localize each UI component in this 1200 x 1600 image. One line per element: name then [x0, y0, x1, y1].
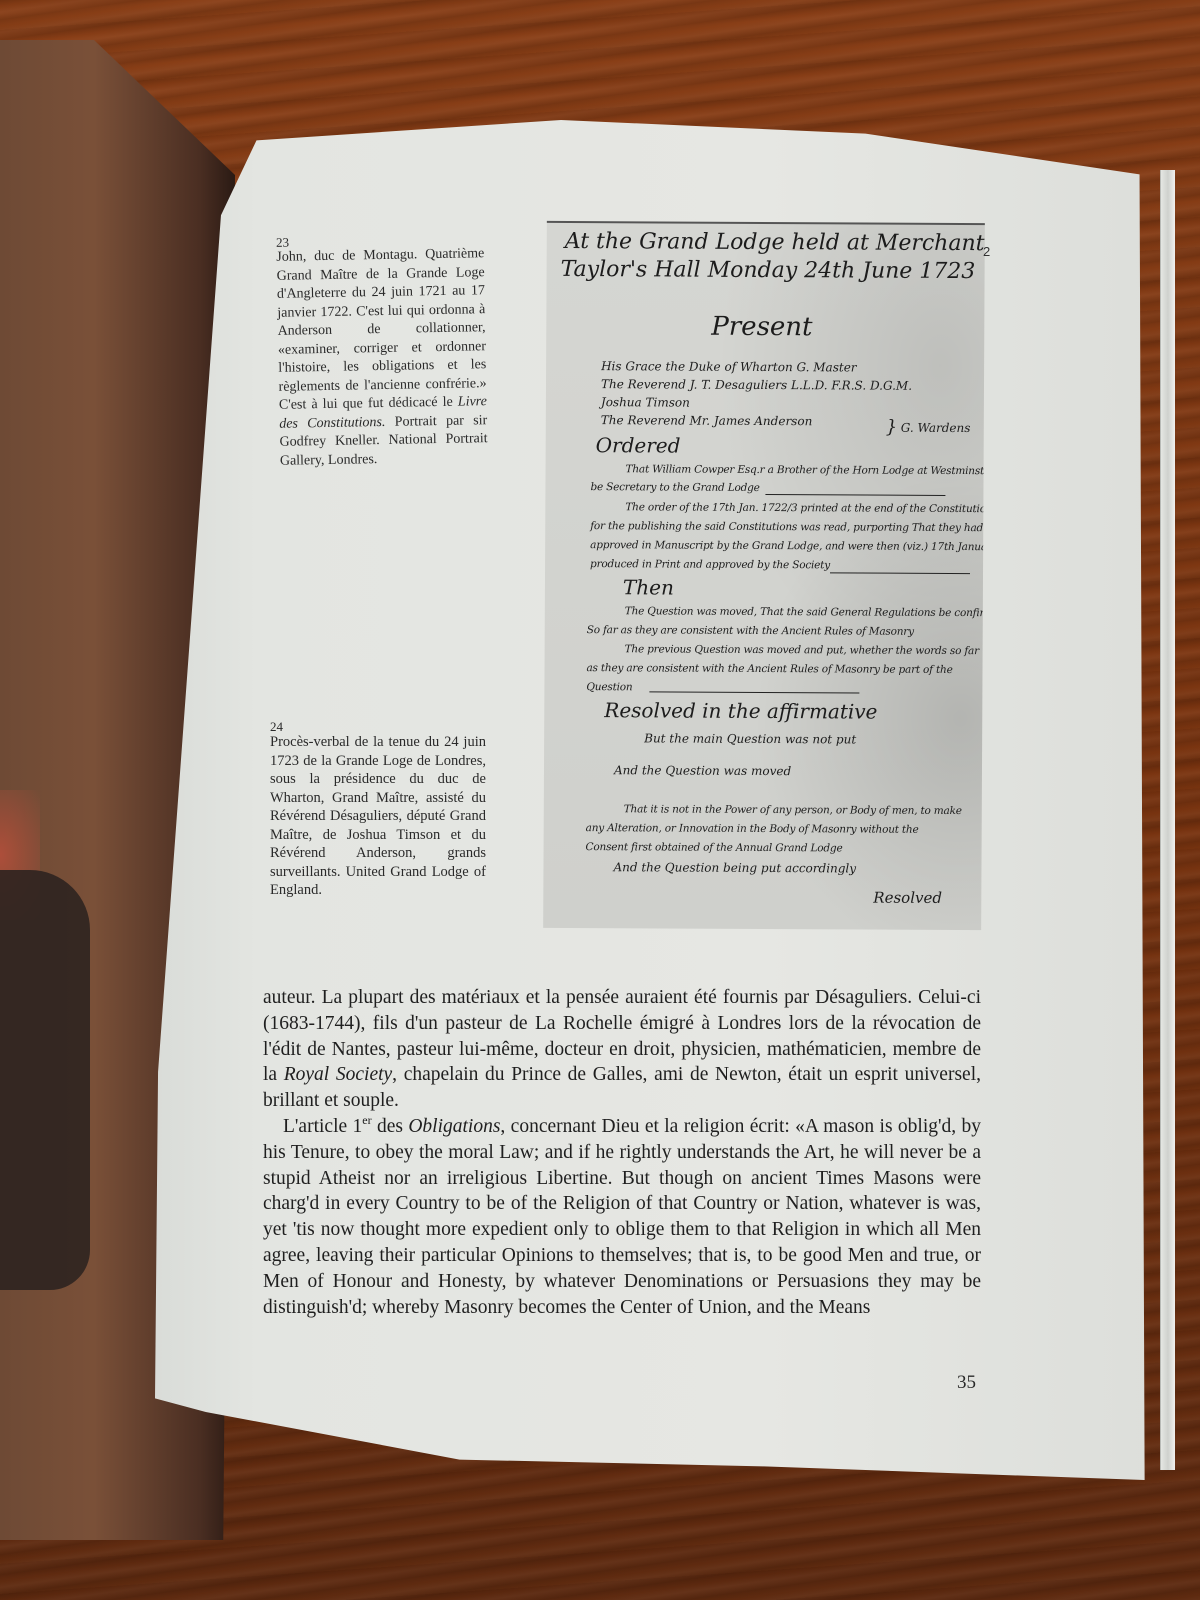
ms-line: At the Grand Lodge held at Merchant: [565, 229, 985, 256]
ms-line: as they are consistent with the Ancient …: [586, 662, 952, 676]
italic-term: Obligations: [408, 1116, 500, 1137]
ms-line: So far as they are consistent with the A…: [587, 624, 914, 638]
ms-brace: }: [886, 417, 898, 438]
italic-term: Royal Society: [284, 1064, 392, 1085]
ms-line: The order of the 17th Jan. 1722/3 printe…: [625, 501, 985, 515]
ms-line: His Grace the Duke of Wharton G. Master: [601, 359, 857, 374]
ms-line: Resolved in the affirmative: [604, 698, 877, 723]
caption-number: 24: [270, 720, 486, 733]
ms-line: And the Question being put accordingly: [613, 860, 856, 875]
ms-line: any Alteration, or Innovation in the Bod…: [586, 822, 919, 836]
caption-text: Procès-verbal de la tenue du 24 juin 172…: [270, 734, 486, 898]
ms-line: That it is not in the Power of any perso…: [624, 803, 962, 817]
paragraph-2: L'article 1er des Obligations, concernan…: [263, 1114, 981, 1320]
paragraph-1: auteur. La plupart des matériaux et la p…: [263, 985, 981, 1114]
paragraph-text: des: [372, 1116, 409, 1137]
portrait-coat: [0, 870, 90, 1290]
ms-line: The Reverend J. T. Desaguliers L.L.D. F.…: [601, 377, 912, 393]
ms-line: produced in Print and approved by the So…: [590, 558, 830, 571]
ms-rule: [649, 691, 859, 693]
ms-line: Present: [711, 312, 812, 343]
ms-line: But the main Question was not put: [644, 731, 856, 746]
manuscript-plate: At the Grand Lodge held at Merchant Tayl…: [543, 221, 985, 930]
caption-text: John, duc de Montagu. Quatrième Grand Ma…: [276, 246, 486, 413]
paragraph-text: L'article 1: [283, 1116, 362, 1137]
ms-line: be Secretary to the Grand Lodge: [590, 481, 759, 494]
ms-line: And the Question was moved: [614, 763, 791, 778]
ms-line: The previous Question was moved and put,…: [625, 643, 979, 657]
body-text: auteur. La plupart des matériaux et la p…: [263, 985, 981, 1320]
ms-line: for the publishing the said Constitution…: [590, 520, 985, 534]
page-number: 35: [957, 1372, 976, 1394]
ms-line: That William Cowper Esq.r a Brother of t…: [626, 463, 985, 477]
ms-rule: [830, 572, 970, 574]
ms-line: approved in Manuscript by the Grand Lodg…: [590, 539, 985, 553]
ms-line: Ordered: [596, 433, 681, 457]
caption-figure-24: 24 Procès-verbal de la tenue du 24 juin …: [270, 720, 486, 900]
ms-line: The Reverend Mr. James Anderson: [601, 413, 813, 428]
ms-line: Question: [586, 681, 632, 693]
ms-line: The Question was moved, That the said Ge…: [625, 605, 985, 619]
ms-line: Resolved: [873, 889, 942, 907]
plate-number: 2: [983, 244, 990, 259]
paragraph-text: , concernant Dieu et la religion écrit: …: [263, 1116, 981, 1318]
ms-line: Then: [623, 575, 674, 599]
page-stack-edge: [1160, 170, 1175, 1470]
ms-line: Consent first obtained of the Annual Gra…: [586, 841, 843, 854]
ms-rule: [765, 494, 945, 496]
superscript: er: [362, 1113, 371, 1127]
ms-line: Joshua Timson: [601, 395, 690, 409]
ms-line: G. Wardens: [901, 421, 971, 435]
caption-figure-23: 23 John, duc de Montagu. Quatrième Grand…: [276, 232, 488, 471]
ms-line: Taylor's Hall Monday 24th June 1723: [561, 257, 976, 284]
